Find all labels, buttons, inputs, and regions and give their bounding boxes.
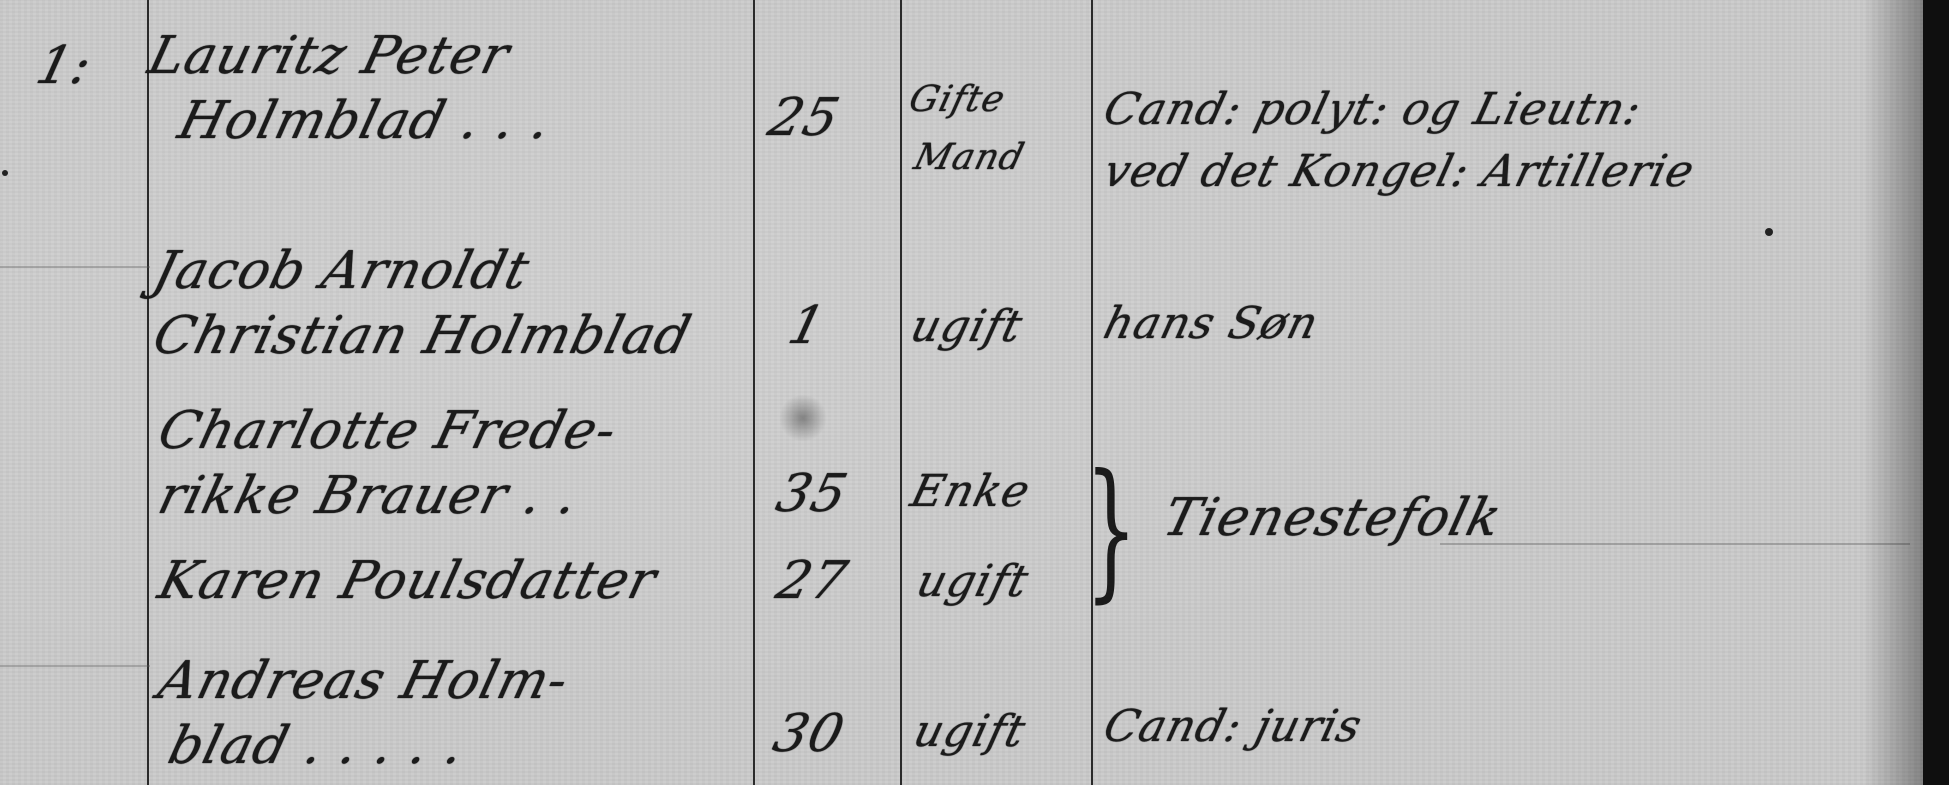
entry-3-name-line1: Charlotte Frede- xyxy=(154,405,622,457)
ink-smudge xyxy=(778,395,828,441)
faint-rule xyxy=(0,665,150,667)
entry-2-marital: ugift xyxy=(907,305,1028,349)
entry-1-marital-line2: Mand xyxy=(911,140,1029,176)
column-divider-number xyxy=(147,0,149,785)
column-divider-name xyxy=(753,0,755,785)
entry-5-name-line2: blad . . . . . xyxy=(164,720,470,772)
group-bracket: } xyxy=(1085,455,1137,605)
entry-2-name-line1: Jacob Arnoldt xyxy=(149,245,535,297)
group-note-label: Tienestefolk xyxy=(1159,492,1507,544)
entry-1-occupation-line2: ved det Kongel: Artillerie xyxy=(1100,150,1699,194)
entry-4-marital: ugift xyxy=(913,560,1034,604)
entry-2-name-line2: Christian Holmblad xyxy=(149,310,697,362)
entry-5-occupation: Cand: juris xyxy=(1100,705,1367,749)
entry-5-age: 30 xyxy=(769,708,850,760)
page-binding-shadow xyxy=(1923,0,1949,785)
faint-rule xyxy=(0,266,150,268)
entry-3-name-line2: rikke Brauer . . xyxy=(154,470,584,522)
entry-1-name-line1: Lauritz Peter xyxy=(144,30,515,82)
entry-1-name-line2: Holmblad . . . xyxy=(174,95,557,147)
column-divider-marital xyxy=(1091,0,1093,785)
entry-4-age: 27 xyxy=(772,555,853,607)
entry-2-age: 1 xyxy=(784,300,831,352)
column-divider-age xyxy=(900,0,902,785)
ink-dot xyxy=(2,170,8,176)
entry-3-age: 35 xyxy=(772,468,853,520)
entry-4-name: Karen Poulsdatter xyxy=(154,555,662,607)
household-number: 1: xyxy=(32,40,98,92)
entry-2-occupation: hans Søn xyxy=(1100,302,1323,346)
entry-1-age: 25 xyxy=(764,92,845,144)
ledger-page: 1: Lauritz Peter Holmblad . . . 25 Gifte… xyxy=(0,0,1923,785)
ink-dot xyxy=(1765,228,1773,236)
entry-5-marital: ugift xyxy=(910,710,1031,754)
entry-3-marital: Enke xyxy=(907,470,1035,514)
entry-5-name-line1: Andreas Holm- xyxy=(154,655,574,707)
entry-1-occupation-line1: Cand: polyt: og Lieutn: xyxy=(1100,88,1646,132)
entry-1-marital-line1: Gifte xyxy=(906,82,1009,118)
faint-rule xyxy=(1440,543,1910,545)
